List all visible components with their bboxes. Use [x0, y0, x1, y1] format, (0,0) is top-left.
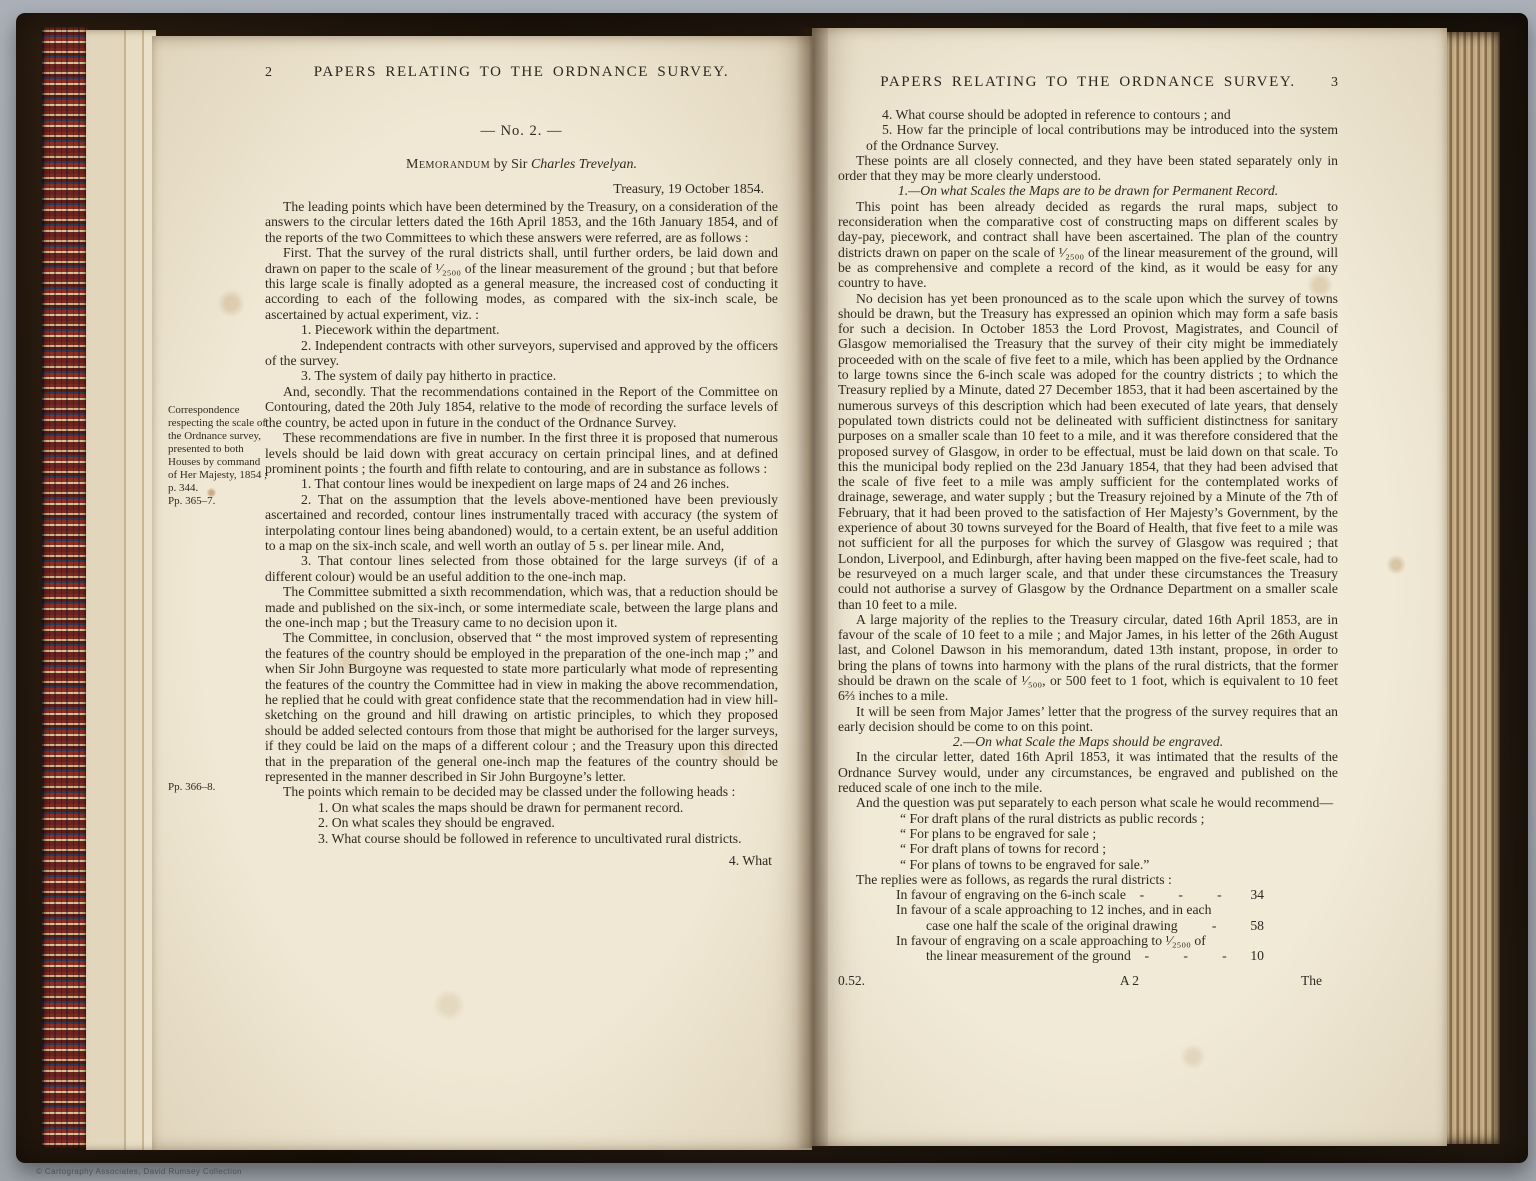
text-block: 2. On what scales they should be engrave… — [265, 815, 778, 830]
right-page: PAPERS RELATING TO THE ORDNANCE SURVEY. … — [812, 28, 1447, 1146]
watermark-credit: © Cartography Associates, David Rumsey C… — [36, 1167, 242, 1176]
tally-count — [1242, 902, 1264, 917]
page-number: 2 — [265, 65, 299, 81]
text-block: case one half the scale of the original … — [838, 918, 1338, 933]
text-block: And the question was put separately to e… — [838, 795, 1338, 810]
tally-count: 10 — [1242, 948, 1264, 963]
text-block: 5. How far the principle of local contri… — [838, 122, 1338, 153]
body-text: The leading points which have been deter… — [265, 199, 778, 846]
text-block: 3. That contour lines selected from thos… — [265, 553, 778, 584]
byline-memorandum: Memorandum — [406, 157, 490, 172]
left-page-content: 2 PAPERS RELATING TO THE ORDNANCE SURVEY… — [265, 36, 778, 869]
signature-mark: 0.52. — [838, 973, 958, 989]
text-block: In favour of engraving on the 6-inch sca… — [838, 887, 1338, 902]
document-number: — No. 2. — — [265, 123, 778, 140]
page-edges-left — [86, 30, 156, 1150]
text-block: The Committee submitted a sixth recommen… — [265, 584, 778, 630]
byline: Memorandum by Sir Charles Trevelyan. — [265, 157, 778, 173]
marbled-page-edge — [42, 27, 88, 1148]
text-block: This point has been already decided as r… — [838, 199, 1338, 291]
text-block: 3. The system of daily pay hitherto in p… — [265, 368, 778, 383]
text-block: 2.—On what Scale the Maps should be engr… — [838, 734, 1338, 749]
dateline: Treasury, 19 October 1854. — [265, 181, 778, 197]
catchword: 4. What — [265, 853, 778, 869]
text-block: In favour of a scale approaching to 12 i… — [838, 902, 1338, 917]
byline-mid: by Sir — [490, 157, 531, 172]
running-head-title: PAPERS RELATING TO THE ORDNANCE SURVEY. — [299, 64, 744, 81]
text-block: It will be seen from Major James’ letter… — [838, 704, 1338, 735]
running-head-title: PAPERS RELATING TO THE ORDNANCE SURVEY. — [872, 74, 1304, 91]
text-block: “ For draft plans of towns for record ; — [838, 841, 1338, 856]
tally-text: In favour of engraving on a scale approa… — [896, 933, 1206, 948]
text-block: These points are all closely connected, … — [838, 153, 1338, 184]
tally-count: 34 — [1242, 887, 1264, 902]
text-block: 2. Independent contracts with other surv… — [265, 338, 778, 369]
right-page-content: PAPERS RELATING TO THE ORDNANCE SURVEY. … — [838, 28, 1338, 989]
left-page: Correspondence respecting the scale of t… — [152, 36, 812, 1150]
gathering-mark: A 2 — [958, 973, 1301, 989]
text-block: In the circular letter, dated 16th April… — [838, 749, 1338, 795]
margin-note-pages: Pp. 366–8. — [168, 781, 268, 794]
text-block: the linear measurement of the ground - -… — [838, 948, 1338, 963]
margin-note-ref: p. 344. — [168, 482, 268, 495]
text-block: And, secondly. That the recommendations … — [265, 384, 778, 430]
text-block: No decision has yet been pronounced as t… — [838, 291, 1338, 612]
book-photo: Correspondence respecting the scale of t… — [0, 0, 1536, 1181]
running-head: PAPERS RELATING TO THE ORDNANCE SURVEY. … — [838, 74, 1338, 91]
text-block: First. That the survey of the rural dist… — [265, 245, 778, 322]
text-block: The leading points which have been deter… — [265, 199, 778, 245]
text-block: 1. That contour lines would be inexpedie… — [265, 476, 778, 491]
text-block: The points which remain to be decided ma… — [265, 784, 778, 799]
text-block: 1. On what scales the maps should be dra… — [265, 800, 778, 815]
text-block: 1. Piecework within the department. — [265, 322, 778, 337]
text-block: 2. That on the assumption that the level… — [265, 492, 778, 554]
page-number: 3 — [1304, 75, 1338, 91]
tally-text: In favour of engraving on the 6-inch sca… — [896, 887, 1222, 902]
text-block: A large majority of the replies to the T… — [838, 612, 1338, 704]
text-block: “ For draft plans of the rural districts… — [838, 811, 1338, 826]
text-block: 1.—On what Scales the Maps are to be dra… — [838, 183, 1338, 198]
tally-text: In favour of a scale approaching to 12 i… — [896, 902, 1211, 917]
body-text: 4. What course should be adopted in refe… — [838, 107, 1338, 964]
margin-note-correspondence: Correspondence respecting the scale of t… — [168, 404, 268, 508]
text-block: The replies were as follows, as regards … — [838, 872, 1338, 887]
tally-text: case one half the scale of the original … — [926, 918, 1216, 933]
page-footer: 0.52. A 2 The — [838, 973, 1338, 989]
running-head: 2 PAPERS RELATING TO THE ORDNANCE SURVEY… — [265, 64, 778, 81]
text-block: The Committee, in conclusion, observed t… — [265, 630, 778, 784]
margin-note-text: Correspondence respecting the scale of t… — [168, 404, 267, 481]
text-block: In favour of engraving on a scale approa… — [838, 933, 1338, 948]
text-block: These recommendations are five in number… — [265, 430, 778, 476]
text-block: “ For plans of towns to be engraved for … — [838, 857, 1338, 872]
page-edges-right — [1447, 32, 1500, 1144]
catchword: The — [1301, 973, 1338, 989]
text-block: 4. What course should be adopted in refe… — [838, 107, 1338, 122]
tally-text: the linear measurement of the ground - -… — [926, 948, 1227, 963]
tally-count: 58 — [1242, 918, 1264, 933]
text-block: 3. What course should be followed in ref… — [265, 831, 778, 846]
tally-count — [1242, 933, 1264, 948]
byline-author: Charles Trevelyan. — [531, 157, 637, 172]
margin-note-ref: Pp. 365–7. — [168, 495, 268, 508]
text-block: “ For plans to be engraved for sale ; — [838, 826, 1338, 841]
